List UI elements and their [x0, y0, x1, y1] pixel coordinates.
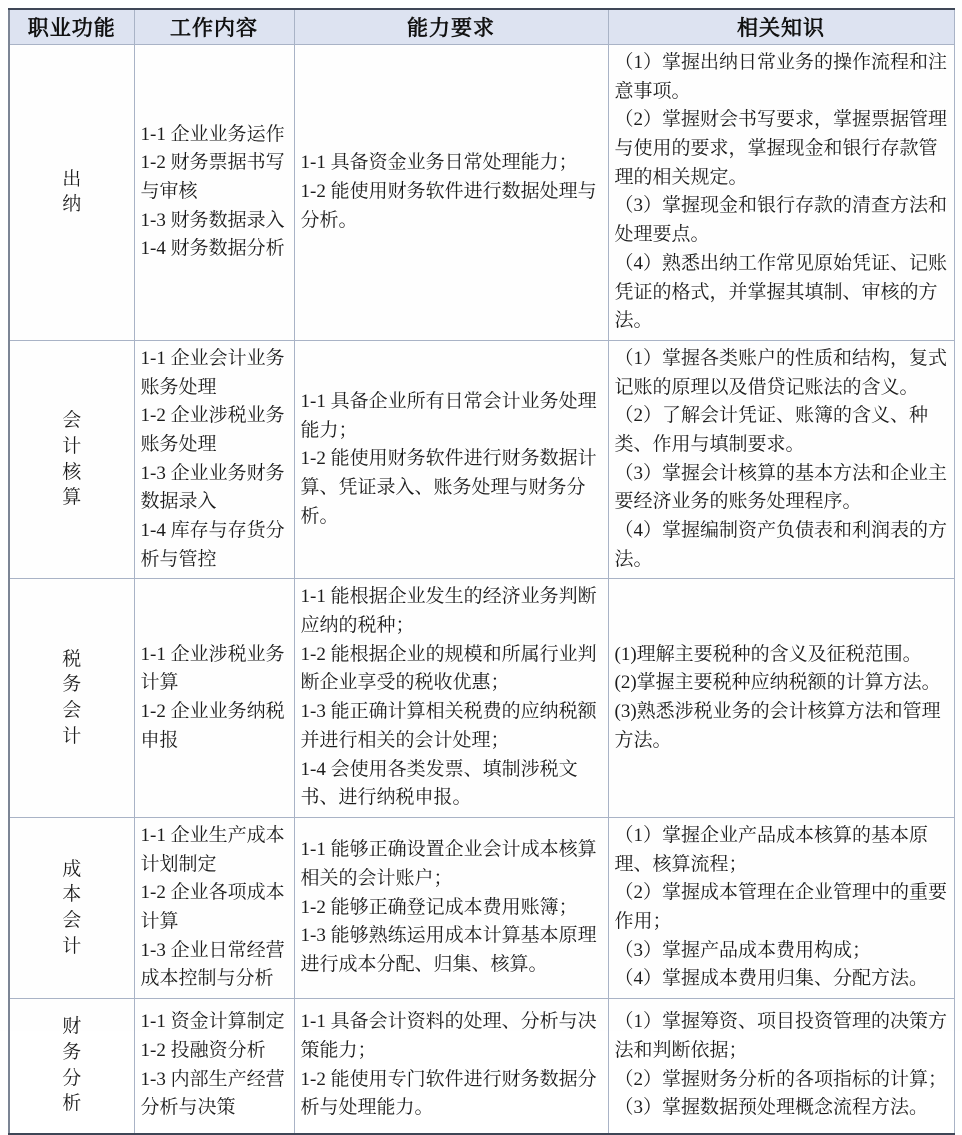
work-content-cell: 1-1 企业涉税业务计算1-2 企业业务纳税申报: [134, 579, 294, 818]
knowledge-item: （2）了解会计凭证、账簿的含义、种类、作用与填制要求。: [615, 402, 948, 459]
ability-cell: 1-1 具备企业所有日常会计业务处理能力；1-2 能使用财务软件进行财务数据计算…: [294, 340, 608, 579]
table-row: 财务分析1-1 资金计算制定1-2 投融资分析1-3 内部生产经营分析与决策1-…: [9, 999, 954, 1134]
knowledge-item: （4）掌握成本费用归集、分配方法。: [615, 965, 948, 994]
work-item: 1-4 财务数据分析: [141, 235, 288, 264]
knowledge-item: （2）掌握财会书写要求，掌握票据管理与使用的要求，掌握现金和银行存款管理的相关规…: [615, 106, 948, 192]
ability-item: 1-1 具备企业所有日常会计业务处理能力；: [301, 388, 602, 445]
knowledge-item: （1）掌握筹资、项目投资管理的决策方法和判断依据；: [615, 1008, 948, 1065]
ability-item: 1-2 能使用专门软件进行财务数据分析与处理能力。: [301, 1066, 602, 1123]
ability-cell: 1-1 能根据企业发生的经济业务判断应纳的税种；1-2 能根据企业的规模和所属行…: [294, 579, 608, 818]
knowledge-item: （3）掌握产品成本费用构成；: [615, 937, 948, 966]
knowledge-cell: （1）掌握各类账户的性质和结构，复式记账的原理以及借贷记账法的含义。（2）了解会…: [608, 340, 954, 579]
function-label: 出纳: [11, 167, 133, 218]
knowledge-item: （1）掌握企业产品成本核算的基本原理、核算流程；: [615, 822, 948, 879]
knowledge-item: （3）掌握数据预处理概念流程方法。: [615, 1094, 948, 1123]
document-page: 职业功能工作内容能力要求相关知识 出纳1-1 企业业务运作1-2 财务票据书写与…: [0, 0, 962, 1031]
work-item: 1-3 财务数据录入: [141, 207, 288, 236]
knowledge-item: （3）掌握会计核算的基本方法和企业主要经济业务的账务处理程序。: [615, 460, 948, 517]
ability-item: 1-4 会使用各类发票、填制涉税文书、进行纳税申报。: [301, 756, 602, 813]
ability-item: 1-1 具备会计资料的处理、分析与决策能力；: [301, 1008, 602, 1065]
table-row: 会计核算1-1 企业会计业务账务处理1-2 企业涉税业务账务处理1-3 企业业务…: [9, 340, 954, 579]
knowledge-cell: (1)理解主要税种的含义及征税范围。(2)掌握主要税种应纳税额的计算方法。(3)…: [608, 579, 954, 818]
work-content-cell: 1-1 资金计算制定1-2 投融资分析1-3 内部生产经营分析与决策: [134, 999, 294, 1134]
function-cell: 财务分析: [9, 999, 134, 1134]
ability-item: 1-2 能使用财务软件进行数据处理与分析。: [301, 178, 602, 235]
ability-item: 1-2 能使用财务软件进行财务数据计算、凭证录入、账务处理与财务分析。: [301, 445, 602, 531]
work-item: 1-2 企业涉税业务账务处理: [141, 402, 288, 459]
work-item: 1-3 内部生产经营分析与决策: [141, 1066, 288, 1123]
knowledge-cell: （1）掌握筹资、项目投资管理的决策方法和判断依据；（2）掌握财务分析的各项指标的…: [608, 999, 954, 1134]
function-label: 成本会计: [11, 857, 133, 960]
knowledge-item: （2）掌握成本管理在企业管理中的重要作用；: [615, 879, 948, 936]
skills-table: 职业功能工作内容能力要求相关知识 出纳1-1 企业业务运作1-2 财务票据书写与…: [8, 8, 955, 1135]
work-content-cell: 1-1 企业生产成本计划制定1-2 企业各项成本计算1-3 企业日常经营成本控制…: [134, 817, 294, 998]
ability-item: 1-3 能正确计算相关税费的应纳税额并进行相关的会计处理；: [301, 698, 602, 755]
knowledge-cell: （1）掌握企业产品成本核算的基本原理、核算流程；（2）掌握成本管理在企业管理中的…: [608, 817, 954, 998]
work-item: 1-2 财务票据书写与审核: [141, 149, 288, 206]
knowledge-cell: （1）掌握出纳日常业务的操作流程和注意事项。（2）掌握财会书写要求，掌握票据管理…: [608, 45, 954, 341]
function-label: 税务会计: [11, 647, 133, 750]
ability-item: 1-1 能够正确设置企业会计成本核算相关的会计账户；: [301, 836, 602, 893]
work-item: 1-1 企业业务运作: [141, 121, 288, 150]
knowledge-item: （1）掌握各类账户的性质和结构，复式记账的原理以及借贷记账法的含义。: [615, 345, 948, 402]
work-content-cell: 1-1 企业会计业务账务处理1-2 企业涉税业务账务处理1-3 企业业务财务数据…: [134, 340, 294, 579]
ability-cell: 1-1 具备会计资料的处理、分析与决策能力；1-2 能使用专门软件进行财务数据分…: [294, 999, 608, 1134]
work-item: 1-2 企业各项成本计算: [141, 879, 288, 936]
work-item: 1-1 企业涉税业务计算: [141, 641, 288, 698]
knowledge-item: （1）掌握出纳日常业务的操作流程和注意事项。: [615, 49, 948, 106]
knowledge-item: (3)熟悉涉税业务的会计核算方法和管理方法。: [615, 698, 948, 755]
knowledge-item: （4）熟悉出纳工作常见原始凭证、记账凭证的格式，并掌握其填制、审核的方法。: [615, 250, 948, 336]
column-header: 相关知识: [608, 9, 954, 45]
table-row: 税务会计1-1 企业涉税业务计算1-2 企业业务纳税申报1-1 能根据企业发生的…: [9, 579, 954, 818]
function-cell: 税务会计: [9, 579, 134, 818]
table-row: 成本会计1-1 企业生产成本计划制定1-2 企业各项成本计算1-3 企业日常经营…: [9, 817, 954, 998]
work-item: 1-4 库存与存货分析与管控: [141, 517, 288, 574]
function-cell: 成本会计: [9, 817, 134, 998]
column-header: 工作内容: [134, 9, 294, 45]
ability-item: 1-2 能够正确登记成本费用账簿；: [301, 894, 602, 923]
work-item: 1-3 企业业务财务数据录入: [141, 460, 288, 517]
table-header: 职业功能工作内容能力要求相关知识: [9, 9, 954, 45]
function-cell: 会计核算: [9, 340, 134, 579]
work-item: 1-1 企业会计业务账务处理: [141, 345, 288, 402]
ability-item: 1-2 能根据企业的规模和所属行业判断企业享受的税收优惠；: [301, 641, 602, 698]
ability-cell: 1-1 具备资金业务日常处理能力；1-2 能使用财务软件进行数据处理与分析。: [294, 45, 608, 341]
knowledge-item: (1)理解主要税种的含义及征税范围。: [615, 641, 948, 670]
work-item: 1-2 投融资分析: [141, 1037, 288, 1066]
column-header: 职业功能: [9, 9, 134, 45]
knowledge-item: （4）掌握编制资产负债表和利润表的方法。: [615, 517, 948, 574]
ability-item: 1-3 能够熟练运用成本计算基本原理进行成本分配、归集、核算。: [301, 922, 602, 979]
function-label: 财务分析: [11, 1014, 133, 1117]
knowledge-item: （2）掌握财务分析的各项指标的计算；: [615, 1066, 948, 1095]
table-row: 出纳1-1 企业业务运作1-2 财务票据书写与审核1-3 财务数据录入1-4 财…: [9, 45, 954, 341]
ability-item: 1-1 具备资金业务日常处理能力；: [301, 149, 602, 178]
function-label: 会计核算: [11, 408, 133, 511]
column-header: 能力要求: [294, 9, 608, 45]
work-content-cell: 1-1 企业业务运作1-2 财务票据书写与审核1-3 财务数据录入1-4 财务数…: [134, 45, 294, 341]
ability-cell: 1-1 能够正确设置企业会计成本核算相关的会计账户；1-2 能够正确登记成本费用…: [294, 817, 608, 998]
work-item: 1-1 企业生产成本计划制定: [141, 822, 288, 879]
table-header-row: 职业功能工作内容能力要求相关知识: [9, 9, 954, 45]
work-item: 1-2 企业业务纳税申报: [141, 698, 288, 755]
knowledge-item: (2)掌握主要税种应纳税额的计算方法。: [615, 669, 948, 698]
work-item: 1-1 资金计算制定: [141, 1008, 288, 1037]
table-body: 出纳1-1 企业业务运作1-2 财务票据书写与审核1-3 财务数据录入1-4 财…: [9, 45, 954, 1134]
work-item: 1-3 企业日常经营成本控制与分析: [141, 937, 288, 994]
knowledge-item: （3）掌握现金和银行存款的清查方法和处理要点。: [615, 192, 948, 249]
function-cell: 出纳: [9, 45, 134, 341]
ability-item: 1-1 能根据企业发生的经济业务判断应纳的税种；: [301, 583, 602, 640]
